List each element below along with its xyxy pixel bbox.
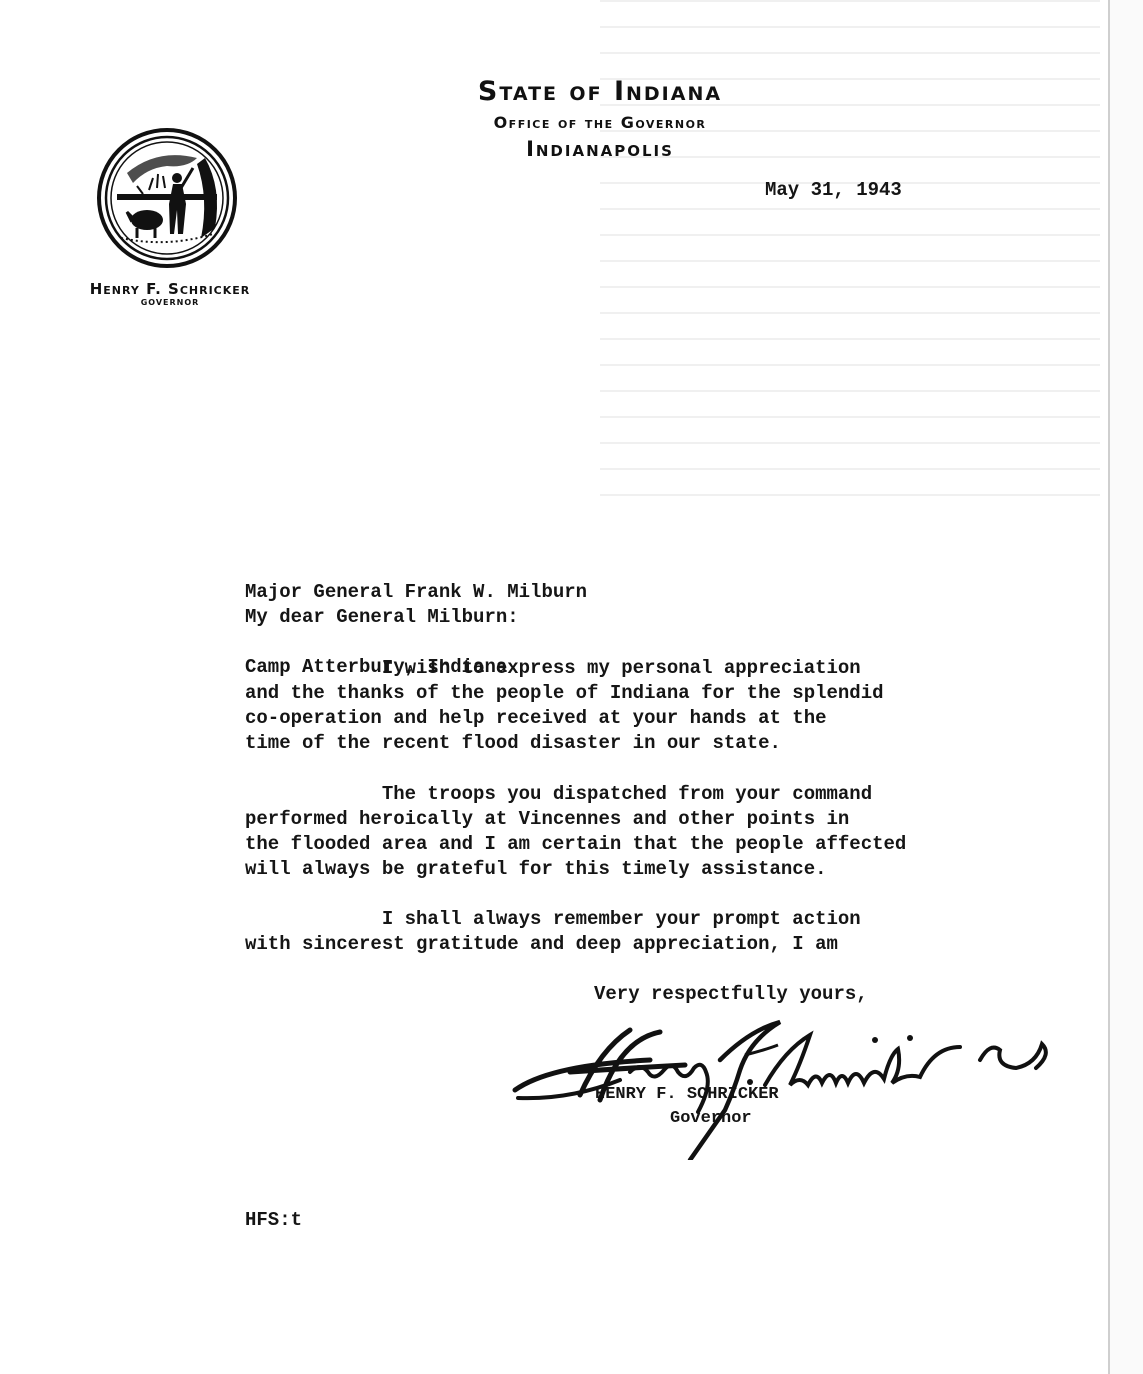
indiana-state-seal-icon (97, 128, 237, 268)
handwritten-signature-icon (510, 1010, 1090, 1160)
letterhead-governor-title: GOVERNOR (60, 298, 280, 307)
salutation: My dear General Milburn: (245, 605, 519, 630)
letterhead-governor-name: Henry F. Schricker (60, 280, 280, 298)
letterhead-city: Indianapolis (440, 137, 760, 161)
letterhead-state: State of Indiana (440, 76, 760, 107)
typist-initials: HFS:t (245, 1208, 302, 1233)
body-paragraph: I wish to express my personal appreciati… (245, 656, 884, 756)
recipient-line: Major General Frank W. Milburn (245, 580, 587, 605)
page-edge (1110, 0, 1143, 1374)
letter-page: State of Indiana Office of the Governor … (0, 0, 1110, 1374)
body-paragraph: I shall always remember your prompt acti… (245, 907, 861, 957)
closing: Very respectfully yours, (594, 982, 868, 1007)
letterhead-office: Office of the Governor (440, 113, 760, 132)
letter-date: May 31, 1943 (765, 178, 902, 203)
body-paragraph: The troops you dispatched from your comm… (245, 782, 906, 882)
